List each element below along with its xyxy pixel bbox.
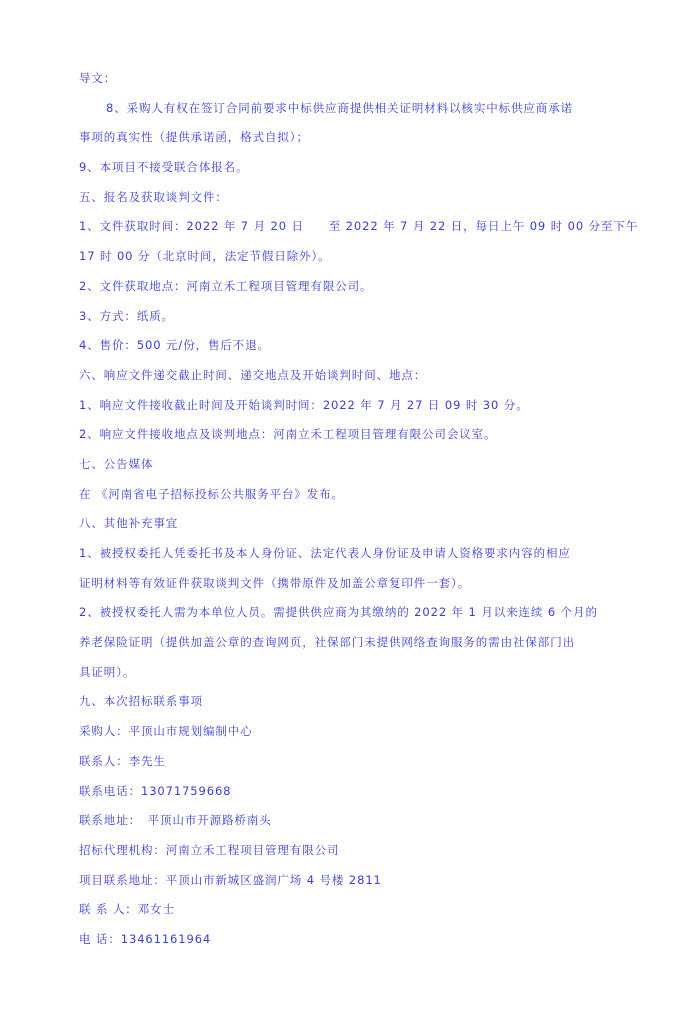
- text-line-item-8-cont: 事项的真实性（提供承诺函，格式自拟）；: [79, 128, 609, 158]
- document-page: 导文： 8、采购人有权在签订合同前要求中标供应商提供相关证明材料以核实中标供应商…: [79, 69, 609, 960]
- text-line-acquire-time-cont: 17 时 00 分（北京时间，法定节假日除外）。: [79, 247, 609, 277]
- text-line-other-2-cont: 养老保险证明（提供加盖公章的查询网页，社保部门未提供网络查询服务的需由社保部门出: [79, 633, 609, 663]
- section-heading-8: 八、其他补充事宜: [79, 514, 609, 544]
- text-line-agency: 招标代理机构：河南立禾工程项目管理有限公司: [79, 841, 609, 871]
- text-line-other-1: 1、被授权委托人凭委托书及本人身份证、法定代表人身份证及申请人资格要求内容的相应: [79, 544, 609, 574]
- text-line-method: 3、方式：纸质。: [79, 307, 609, 337]
- text-line-acquire-time: 1、文件获取时间：2022 年 7 月 20 日 至 2022 年 7 月 22…: [79, 217, 609, 247]
- text-line-contact-phone: 联系电话：13071759668: [79, 782, 609, 812]
- section-heading-5: 五、报名及获取谈判文件：: [79, 188, 609, 218]
- text-line-media: 在 《河南省电子招标投标公共服务平台》发布。: [79, 485, 609, 515]
- text-line-contact-address: 联系地址： 平顶山市开源路桥南头: [79, 811, 609, 841]
- text-line-other-2-end: 具证明）。: [79, 663, 609, 693]
- text-line-other-2: 2、被授权委托人需为本单位人员。需提供供应商为其缴纳的 2022 年 1 月以来…: [79, 603, 609, 633]
- text-line-agency-phone: 电 话：13461161964: [79, 930, 609, 960]
- section-heading-7: 七、公告媒体: [79, 455, 609, 485]
- text-line-other-1-cont: 证明材料等有效证件获取谈判文件（携带原件及加盖公章复印件一套）。: [79, 574, 609, 604]
- text-line-preface: 导文：: [79, 69, 609, 99]
- text-line-deadline: 1、响应文件接收截止时间及开始谈判时间：2022 年 7 月 27 日 09 时…: [79, 396, 609, 426]
- text-line-price: 4、售价：500 元/份，售后不退。: [79, 336, 609, 366]
- text-line-acquire-place: 2、文件获取地点：河南立禾工程项目管理有限公司。: [79, 277, 609, 307]
- text-line-project-address: 项目联系地址：平顶山市新城区盛润广场 4 号楼 2811: [79, 871, 609, 901]
- section-heading-6: 六、响应文件递交截止时间、递交地点及开始谈判时间、地点：: [79, 366, 609, 396]
- section-heading-9: 九、本次招标联系事项: [79, 692, 609, 722]
- text-line-purchaser: 采购人：平顶山市规划编制中心: [79, 722, 609, 752]
- text-line-item-9: 9、本项目不接受联合体报名。: [79, 158, 609, 188]
- text-line-submit-place: 2、响应文件接收地点及谈判地点：河南立禾工程项目管理有限公司会议室。: [79, 425, 609, 455]
- text-line-agency-contact: 联 系 人：邓女士: [79, 900, 609, 930]
- text-line-item-8: 8、采购人有权在签订合同前要求中标供应商提供相关证明材料以核实中标供应商承诺: [79, 99, 609, 129]
- text-line-contact-person: 联系人：李先生: [79, 752, 609, 782]
